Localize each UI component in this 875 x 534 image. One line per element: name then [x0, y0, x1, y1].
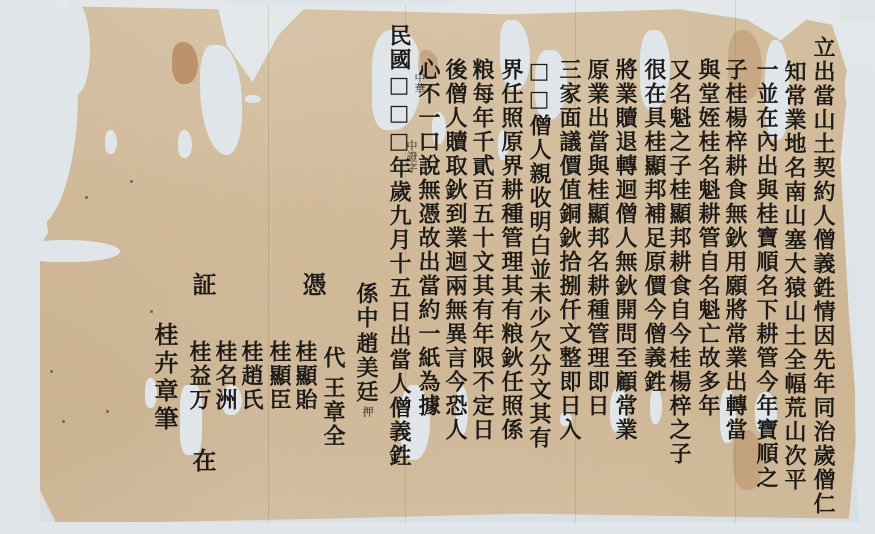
writer-signature: 桂卉章筆	[152, 322, 176, 434]
fold-line	[268, 0, 269, 534]
contract-line-9: 原業出當與桂顯邦名耕種管理即日	[586, 58, 608, 418]
paper-tear	[20, 240, 120, 262]
zheng-witness: 桂益万	[188, 340, 210, 412]
ping-witness: 桂顯臣	[268, 340, 290, 412]
zheng-witness: 桂名洲	[214, 340, 236, 412]
ink-speck	[106, 410, 109, 413]
contract-line-4: 子桂楊梓耕食無鈥用願將常業出轉當	[724, 58, 746, 442]
paper-tear	[840, 0, 875, 22]
ping-label: 憑	[300, 272, 324, 298]
ink-speck	[150, 310, 153, 313]
contract-line-10: 三家面議價值銅鈥拾捌仟文整即日入	[558, 58, 580, 442]
ink-speck	[50, 370, 53, 373]
middleman-mark: 押	[362, 406, 373, 417]
scribe-label: 代	[322, 346, 344, 370]
ink-speck	[130, 180, 133, 183]
margin-note: 中華	[414, 72, 425, 94]
paper-tear	[105, 130, 117, 154]
contract-line-5: 與堂姪桂名魁耕管自名魁亡故多年	[697, 58, 719, 418]
contract-line-12: 界任照原界耕種管理其有粮鈥任照係	[500, 58, 522, 442]
scribe-name: 王章全	[322, 376, 344, 448]
paper-tear	[0, 230, 40, 534]
paper-tear	[178, 130, 192, 158]
paper-tear	[0, 522, 875, 534]
ping-witness: 桂顯貽	[294, 340, 316, 412]
paper-tear	[60, 0, 90, 95]
contract-line-7: 很在具桂顯邦補足原價今僧義鉎	[643, 58, 665, 394]
paper-tear	[845, 62, 875, 112]
ink-speck	[85, 196, 88, 199]
contract-line-11: □□僧人親收明白並未少欠分文其有	[528, 58, 550, 450]
middleman-name: 趙美廷	[355, 332, 377, 404]
writer-suffix: 在	[190, 448, 214, 476]
contract-line-1: 立出當山土契約人僧義鉎情因先年同治歲僧仁	[812, 36, 834, 516]
middleman-label: 係中	[355, 282, 377, 330]
contract-line-2: 知常業地名南山塞大猿山土全幅荒山次平	[783, 60, 805, 492]
contract-line-14: 後僧人贖取鈥到業迴兩無異言今恐人	[444, 58, 466, 442]
zheng-label: 証	[190, 272, 214, 298]
paper-tear	[225, 0, 455, 6]
water-stain	[172, 42, 198, 84]
ping-witness: 桂趙氏	[240, 340, 262, 412]
date-line: 民國□□□年歲九月十五日出當人僧義鉎	[388, 24, 410, 468]
ink-speck	[62, 420, 65, 423]
contract-line-15: 心不一口說無憑故出當約一紙為據	[417, 58, 439, 418]
margin-note: 中證字	[406, 140, 417, 173]
paper-tear	[245, 95, 261, 103]
contract-line-13: 粮每年千貳百五十文其有年限不定日	[471, 58, 493, 442]
contract-line-6: 又名魁之子桂顯邦耕食自今桂楊梓之子	[668, 58, 690, 466]
contract-line-8: 將業贖退轉迴僧人無鈥開問至顧常業	[614, 58, 636, 442]
contract-line-3: 一並在內出與桂寶順名下耕管今年寶順之	[755, 58, 777, 490]
